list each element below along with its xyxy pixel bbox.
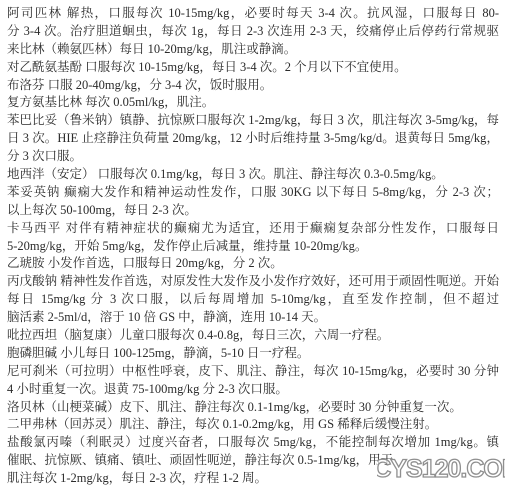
text-line: 每日 15mg/kg 分 3 次口服，以后每周增加 5-10mg/kg，直至发作…: [7, 291, 499, 309]
text-line: 日 3 次。HIE 止痉静注负荷量 20mg/kg，12 小时后维持量 3-5m…: [7, 130, 499, 148]
text-line: 复方氨基比林 每次 0.05ml/kg，肌注。: [7, 94, 499, 112]
text-line: 地西泮（安定） 口服每次 0.1mg/kg，每日 3 次。肌注、静注每次 0.3…: [7, 166, 499, 184]
text-line: 4 小时重复一次。退黄 75-100mg/kg 分 2-3 次口服。: [7, 381, 499, 399]
drug-dosage-text: 阿司匹林 解热，口服每次 10-15mg/kg，必要时每天 3-4 次。抗风湿，…: [7, 5, 499, 488]
text-line: 苯妥英钠 癫痫大发作和精神运动性发作，口服 30KG 以下每日 5-8mg/kg…: [7, 184, 499, 202]
text-line: 脑活素 2-5ml/d，溶于 10 倍 GS 中，静滴，连用 10-14 天。: [7, 309, 499, 327]
text-line: 5-20mg/kg，开始 5mg/kg，发作停止后减量，维持量 10-20mg/…: [7, 238, 499, 256]
text-line: 以上每次 50-100mg，每日 2-3 次。: [7, 202, 499, 220]
document-page: 阿司匹林 解热，口服每次 10-15mg/kg，必要时每天 3-4 次。抗风湿，…: [0, 0, 505, 490]
text-line: 卡马西平 对伴有精神症状的癫痫尤为适宜，还用于癫痫复杂部分性发作，口服每日: [7, 220, 499, 238]
text-line: 丙戊酸钠 精神性发作首选，对原发性大发作及小发作疗效好，还可用于顽固性呃逆。开始: [7, 273, 499, 291]
text-line: 吡拉西坦（脑复康）儿童口服每次 0.4-0.8g，每日三次，六周一疗程。: [7, 327, 499, 345]
text-line: 苯巴比妥（鲁米钠）镇静、抗惊厥口服每次 1-2mg/kg，每日 3 次，肌注每次…: [7, 112, 499, 130]
text-line: 二甲弗林（回苏灵）肌注、静注，每次 0.1-0.2mg/kg，用 GS 稀释后缓…: [7, 416, 499, 434]
text-line: 布洛芬 口服 20-40mg/kg，分 3-4 次，饭时服用。: [7, 77, 499, 95]
text-line: 阿司匹林 解热，口服每次 10-15mg/kg，必要时每天 3-4 次。抗风湿，…: [7, 5, 499, 23]
text-line: 肌注每次 1-2mg/kg，每日 2-3 次，疗程 1-2 周。: [7, 470, 499, 488]
text-line: 盐酸氯丙嗪（利眠灵）过度兴奋者，口服每次 5mg/kg，不能控制每次增加 1mg…: [7, 434, 499, 452]
text-line: 乙琥胺 小发作首选，口服每日 20mg/kg，分 2 次。: [7, 255, 499, 273]
text-line: 胞磷胆碱 小儿每日 100-125mg，静滴，5-10 日一疗程。: [7, 345, 499, 363]
text-line: 对乙酰氨基酚 口服每次 10-15mg/kg，每日 3-4 次。2 个月以下不宜…: [7, 59, 499, 77]
text-line: 催眠、抗惊厥、镇痛、镇吐、顽固性呃逆，静注每次 0.5-1mg/kg，用于: [7, 452, 499, 470]
text-line: 洛贝林（山梗菜碱）皮下、肌注、静注每次 0.1-1mg/kg，必要时 30 分钟…: [7, 399, 499, 417]
text-line: 尼可刹米（可拉明）中枢性呼衰，皮下、肌注、静注，每次 10-15mg/kg，必要…: [7, 363, 499, 381]
text-line: 来比林（赖氨匹林）每日 10-20mg/kg，肌注或静滴。: [7, 41, 499, 59]
text-line: 分 3 次口服。: [7, 148, 499, 166]
text-line: 分 3-4 次。治疗胆道蛔虫，每次 1g，每日 2-3 次连用 2-3 天，绞痛…: [7, 23, 499, 41]
